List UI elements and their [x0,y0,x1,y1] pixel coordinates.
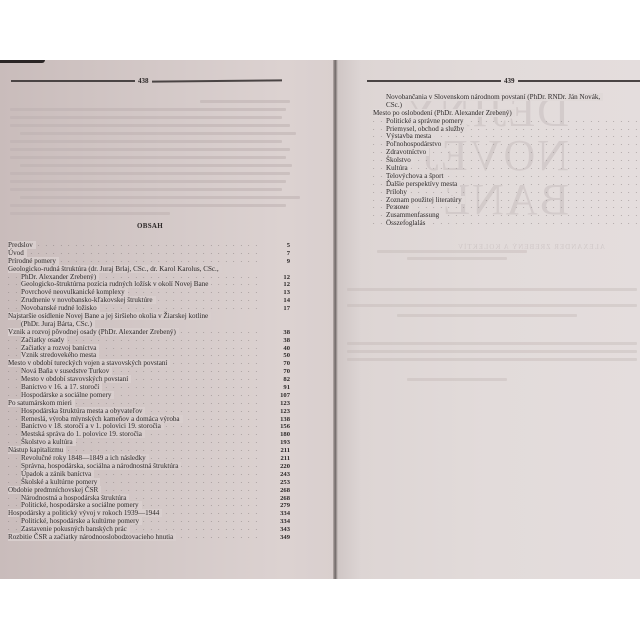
toc-entry: ........................................… [373,94,603,102]
toc-entry-title: Geologicko-rudná štruktúra (dr. Juraj Br… [8,265,222,273]
toc-entry-page: 14 [268,297,290,305]
bleed-line [10,156,286,159]
bleed-line [10,124,290,127]
bleed-line [347,288,637,291]
bleed-line [347,350,637,353]
toc-entry-page: 253 [268,479,290,487]
right-page: 439 DEJINYNOVEJBANE ALEXANDER ZREBENÝ A … [337,60,640,579]
toc-entry-title: Predslov [8,241,36,249]
toc-entry-title: Novobanské rudné ložisko [21,304,100,312]
bleed-line [200,100,290,103]
bleed-line [10,188,282,191]
toc-entry-title: Vznik a rozvoj pôvodnej osady (PhDr. Ale… [8,328,179,336]
toc-entry-page: 180 [268,431,290,439]
toc-entry-page: 138 [268,416,290,424]
bleed-line [10,204,286,207]
toc-entry-title: (PhDr. Juraj Bárta, CSc.) [21,320,95,328]
toc-entry-page: 123 [268,400,290,408]
toc-entry-title: Nástup kapitalizmu [8,446,66,454]
header-rule-left [367,80,501,82]
toc-entry-page: 343 [268,526,290,534]
table-of-contents-left: ........................................… [8,242,290,542]
toc-entry-page: 17 [268,305,290,313]
toc-entry-title: Összefoglalás [386,219,428,227]
toc-entry: ........................................… [8,534,290,542]
toc-entry-title: Správna, hospodárska, sociálna a národno… [21,462,181,470]
toc-entry-page: 349 [268,534,290,542]
bleed-line [10,108,286,111]
right-page-header: 439 [367,76,640,86]
bleed-line [397,314,577,317]
toc-entry-page: 12 [268,281,290,289]
toc-entry-title: Školstvo [386,156,414,164]
toc-entry-title: Začiatky osady [21,336,67,344]
toc-entry: ........................................… [8,242,290,250]
bleed-line [10,140,282,143]
toc-entry-page: 13 [268,289,290,297]
toc-entry-page: 334 [268,510,290,518]
left-page-number: 438 [135,77,152,85]
header-rule-left [11,80,135,82]
toc-entry-title: Hospodárska štruktúra mesta a obyvateľov [21,407,145,415]
toc-entry-page: 9 [268,258,290,266]
toc-entry: ........................................… [373,220,603,228]
book-spread-photo: 438 OBSAH ..............................… [0,60,640,579]
toc-entry-page: 91 [268,384,290,392]
toc-entry-title: Najstaršie osídlenie Novej Bane a jej ši… [8,312,211,320]
toc-entry-page: 243 [268,471,290,479]
toc-entry-title: Ďalšie perspektívy mesta [386,180,460,188]
toc-entry-title: Školské a kultúrne pomery [21,478,100,486]
toc-entry-title: Hospodárske a sociálne pomery [21,391,114,399]
toc-entry-page: 211 [268,447,290,455]
toc-entry-title: Politické a správne pomery [386,117,466,125]
bleed-line [10,212,170,215]
bleed-line [347,342,637,345]
bleed-line [20,196,300,199]
toc-entry-title: Telovýchova a šport [386,172,446,180]
toc-entry-page: 38 [268,337,290,345]
bleed-line [20,164,292,167]
toc-entry-title: Mesto po oslobodení (PhDr. Alexander Zre… [373,109,515,117]
bleed-line [20,132,296,135]
toc-entry-page: 193 [268,439,290,447]
toc-entry-title: Politické, hospodárske a kultúrne pomery [21,517,142,525]
toc-entry-page: 70 [268,368,290,376]
toc-entry-title: Kultúra [386,164,411,172]
dot-leader: ........................................… [8,242,262,250]
toc-entry-page: 50 [268,352,290,360]
bleed-line [347,304,637,307]
bleed-line [407,257,507,260]
left-page-header: 438 [11,76,282,86]
toc-entry-title: Obdobie predmníchovskej ČSR [8,486,101,494]
toc-entry-page: 334 [268,518,290,526]
right-page-number: 439 [501,77,518,85]
toc-entry-title: CSc.) [386,101,405,109]
bleed-line [377,250,527,253]
toc-entry-page: 12 [268,274,290,282]
toc-entry-title: Prílohy [386,188,410,196]
toc-entry-page: 7 [268,250,290,258]
toc-entry-page: 268 [268,487,290,495]
toc-entry-title: Po satumárskom mieri [8,399,75,407]
toc-entry-title: Rozbitie ČSR a začiatky národnooslobodzo… [8,533,176,541]
toc-entry-page: 279 [268,502,290,510]
page-corner-shadow [0,60,45,63]
bleed-line [10,148,290,151]
toc-entry-title: Revolučné roky 1848—1849 a ich následky [21,454,149,462]
toc-entry-page: 5 [268,242,290,250]
table-of-contents-right: ........................................… [373,94,603,228]
book-gutter [333,60,338,579]
toc-entry-title: Prírodné pomery [8,257,59,265]
toc-entry-page: 107 [268,392,290,400]
toc-entry-title: Baníctvo v 16. a 17. storočí [21,383,102,391]
toc-entry-title: Zastavenie pokusných banských prác [21,525,130,533]
toc-entry-page: 123 [268,408,290,416]
header-rule-right [518,80,640,82]
toc-entry-title: Novobančania v Slovenskom národnom povst… [386,93,603,101]
toc-entry-page: 268 [268,495,290,503]
toc-entry-title: Úvod [8,249,27,257]
toc-entry-page: 156 [268,423,290,431]
left-page: 438 OBSAH ..............................… [0,60,335,579]
toc-entry-title: Mesto v období stavovských povstaní [21,375,131,383]
toc-entry-page: 82 [268,376,290,384]
header-rule-right [151,79,281,82]
bleed-line [10,116,282,119]
toc-entry-page: 220 [268,463,290,471]
toc-entry-page: 70 [268,360,290,368]
toc-entry-page: 40 [268,345,290,353]
bleed-line [10,172,290,175]
bleed-line [407,378,507,381]
toc-title: OBSAH [0,222,300,230]
toc-entry-page: 211 [268,455,290,463]
toc-entry-title: Úpadok a zánik baníctva [21,470,94,478]
toc-entry-page: 38 [268,329,290,337]
bleed-line [10,180,286,183]
bleed-line [347,358,637,361]
